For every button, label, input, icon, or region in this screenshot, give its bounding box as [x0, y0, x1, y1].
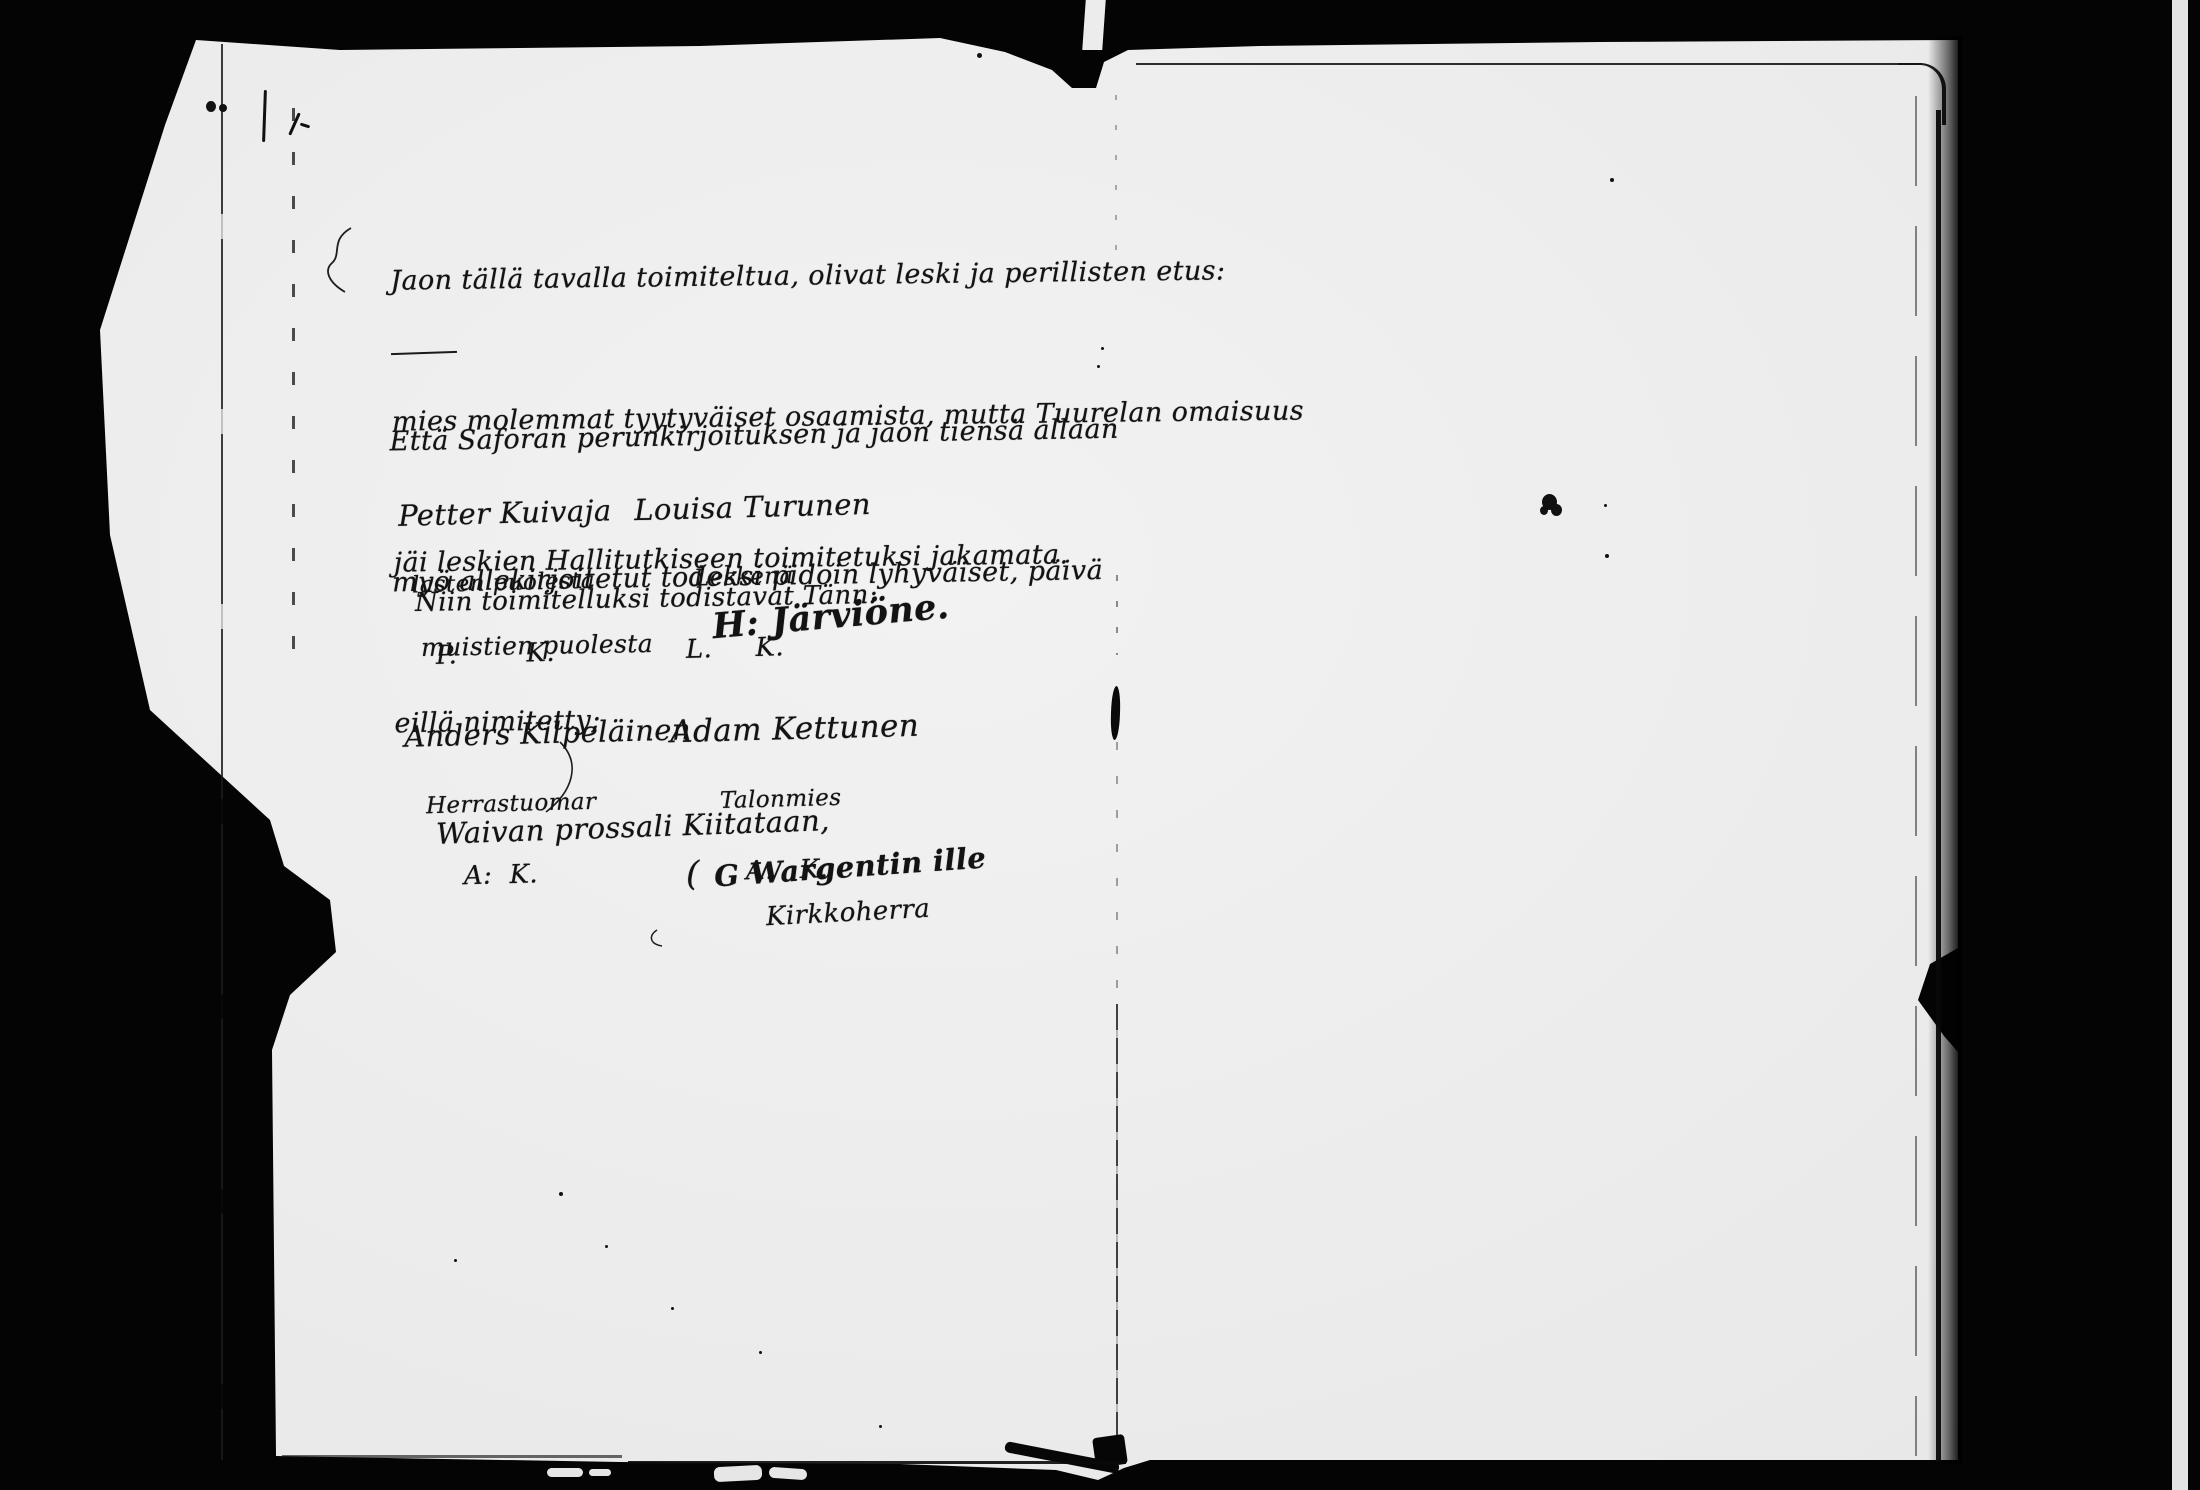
page-bottom-highlight	[769, 1467, 808, 1481]
left-margin-dotted-rule	[292, 108, 295, 658]
dust-speck	[1610, 178, 1614, 182]
closing-paren: (	[686, 854, 700, 894]
dust-speck	[977, 53, 982, 58]
signature-name: Louisa Turunen	[634, 487, 872, 527]
page-bottom-highlight	[589, 1469, 611, 1476]
page-edge-shadow	[1928, 36, 1962, 1464]
right-page-top-rule	[1136, 63, 1922, 65]
dust-speck	[671, 1307, 674, 1310]
page-bottom-highlight	[547, 1468, 583, 1477]
ink-blot	[1540, 506, 1548, 515]
handwritten-line: Jaon tällä tavalla toimiteltua, olivat l…	[390, 246, 1302, 304]
dust-speck	[559, 1192, 563, 1196]
ink-blot	[219, 104, 227, 112]
spine-fold-line	[1116, 1004, 1118, 1456]
page-bottom-highlight	[714, 1465, 763, 1482]
dust-speck	[454, 1259, 457, 1262]
dust-speck	[1604, 504, 1607, 507]
attestation-statement-line2: muistien puolesta	[421, 620, 654, 671]
dust-speck	[1605, 554, 1609, 558]
dust-speck	[879, 1425, 882, 1428]
witness-signature-left: Anders Kilpeläinen Herrastuomar A: K.	[403, 674, 696, 933]
signature-initials: A: K.	[407, 852, 695, 895]
left-margin-rule	[221, 44, 223, 1460]
signature-name: Adam Kettunen	[670, 709, 920, 750]
spine-tab	[1082, 0, 1105, 50]
dust-speck	[605, 1245, 608, 1248]
dust-speck	[759, 1351, 762, 1354]
signature-name: Petter Kuivaja	[398, 493, 612, 533]
signature-name: Anders Kilpeläinen	[404, 712, 692, 753]
scanned-document: Jaon tällä tavalla toimiteltua, olivat l…	[0, 0, 2200, 1490]
page-bottom-rule	[282, 1455, 622, 1458]
page-bottom-rule	[628, 1461, 1126, 1464]
witness-signature-right: Adam Kettunen Talonmies A. K.	[669, 671, 925, 929]
ink-blot	[1551, 504, 1562, 516]
right-page-inner-rule	[1915, 96, 1917, 1456]
ink-blot	[206, 101, 216, 112]
film-edge-stripe	[2172, 0, 2188, 1490]
